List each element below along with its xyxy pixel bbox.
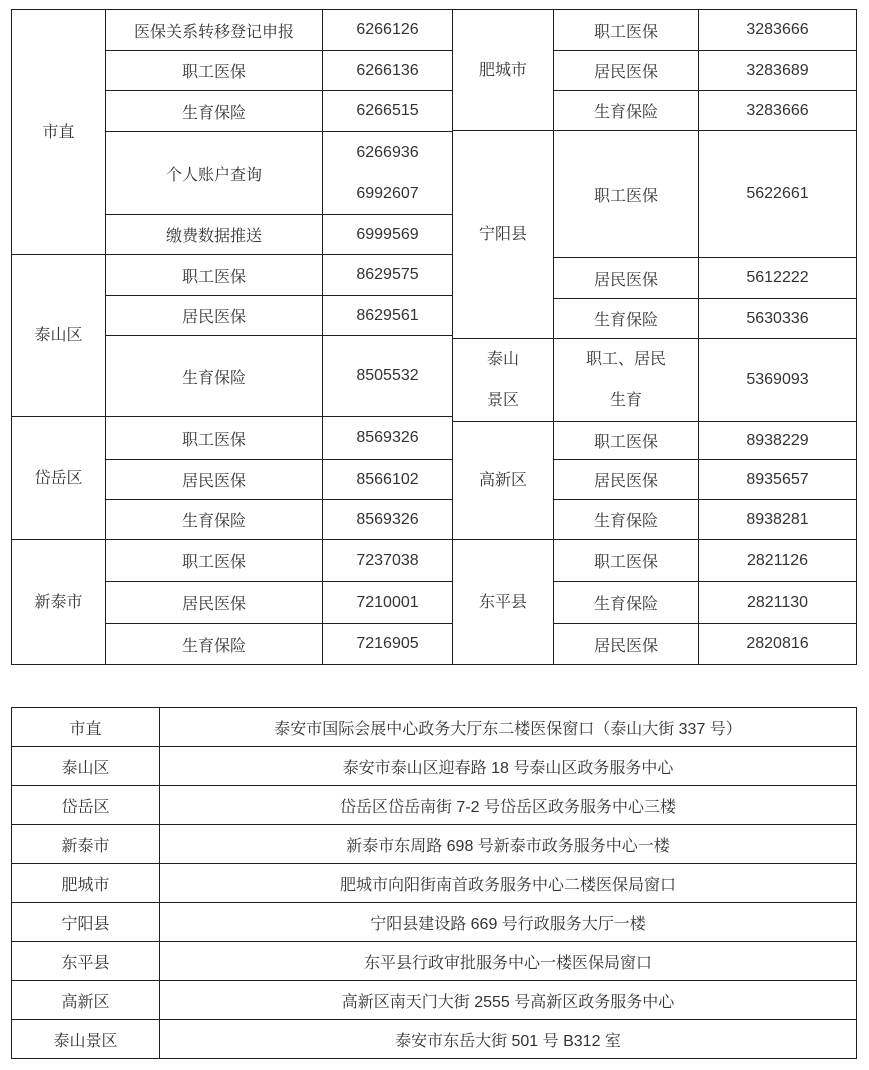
- region-cell: 新泰市: [12, 825, 160, 864]
- service-cell: 生育保险: [106, 336, 323, 417]
- service-cell: 职工医保: [554, 10, 699, 51]
- phone-cell: 6999569: [323, 215, 453, 255]
- service-cell: 生育保险: [554, 299, 699, 339]
- phone-cell: 6266126: [323, 10, 453, 51]
- phone-table-right: 肥城市 职工医保 3283666 居民医保 3283689 生育保险 32836…: [452, 9, 857, 665]
- service-cell: 居民医保: [106, 460, 323, 500]
- service-cell: 职工医保: [106, 255, 323, 296]
- service-cell: 居民医保: [106, 296, 323, 336]
- service-cell: 职工医保: [554, 422, 699, 460]
- phone-cell: 8938281: [699, 500, 857, 540]
- phone-cell: 8505532: [323, 336, 453, 417]
- addresses-table: 市直 泰安市国际会展中心政务大厅东二楼医保窗口（泰山大街 337 号） 泰山区 …: [11, 707, 857, 1059]
- region-cell: 东平县: [12, 942, 160, 981]
- service-cell: 职工医保: [106, 417, 323, 460]
- address-cell: 肥城市向阳街南首政务服务中心二楼医保局窗口: [160, 864, 857, 903]
- phone-cell: 7237038: [323, 540, 453, 582]
- region-cell: 高新区: [453, 422, 554, 540]
- region-cell: 高新区: [12, 981, 160, 1020]
- service-cell: 居民医保: [554, 624, 699, 665]
- service-cell: 职工医保: [106, 540, 323, 582]
- address-cell: 岱岳区岱岳南街 7-2 号岱岳区政务服务中心三楼: [160, 786, 857, 825]
- service-cell: 居民医保: [554, 51, 699, 91]
- region-cell: 新泰市: [12, 540, 106, 665]
- phone-cell: 8629561: [323, 296, 453, 336]
- region-cell: 肥城市: [12, 864, 160, 903]
- service-cell: 个人账户查询: [106, 132, 323, 215]
- phone-cell: 8569326: [323, 500, 453, 540]
- region-cell: 岱岳区: [12, 417, 106, 540]
- phone-cell: 5612222: [699, 258, 857, 299]
- phone-cell: 2821126: [699, 540, 857, 582]
- address-cell: 宁阳县建设路 669 号行政服务大厅一楼: [160, 903, 857, 942]
- region-cell: 泰山 景区: [453, 339, 554, 422]
- service-cell: 职工医保: [554, 131, 699, 258]
- address-table: 市直 泰安市国际会展中心政务大厅东二楼医保窗口（泰山大街 337 号） 泰山区 …: [11, 707, 857, 1059]
- phone-cell: 8629575: [323, 255, 453, 296]
- region-cell: 泰山景区: [12, 1020, 160, 1059]
- region-cell: 市直: [12, 708, 160, 747]
- phone-cell: 6266515: [323, 91, 453, 132]
- phone-cell: 7216905: [323, 624, 453, 665]
- phone-cell: 8569326: [323, 417, 453, 460]
- phone-cell: 5622661: [699, 131, 857, 258]
- phone-cell: 6266136: [323, 51, 453, 91]
- phone-cell: 2820816: [699, 624, 857, 665]
- region-cell: 岱岳区: [12, 786, 160, 825]
- service-cell: 生育保险: [106, 500, 323, 540]
- phone-table-left: 市直 医保关系转移登记申报 6266126 职工医保 6266136 生育保险 …: [11, 9, 453, 665]
- phone-cell: 3283666: [699, 10, 857, 51]
- service-cell: 居民医保: [554, 460, 699, 500]
- service-cell: 缴费数据推送: [106, 215, 323, 255]
- phone-cell: 5630336: [699, 299, 857, 339]
- service-cell: 居民医保: [554, 258, 699, 299]
- phone-numbers-table: 市直 医保关系转移登记申报 6266126 职工医保 6266136 生育保险 …: [11, 9, 857, 665]
- phone-cell: 3283666: [699, 91, 857, 131]
- region-cell: 肥城市: [453, 10, 554, 131]
- service-cell: 居民医保: [106, 582, 323, 624]
- region-cell: 宁阳县: [12, 903, 160, 942]
- address-cell: 高新区南天门大街 2555 号高新区政务服务中心: [160, 981, 857, 1020]
- phone-cell: 7210001: [323, 582, 453, 624]
- phone-cell: 8566102: [323, 460, 453, 500]
- phone-cell: 6266936 6992607: [323, 132, 453, 215]
- address-cell: 东平县行政审批服务中心一楼医保局窗口: [160, 942, 857, 981]
- address-cell: 泰安市东岳大街 501 号 B312 室: [160, 1020, 857, 1059]
- document-page: { "colors": { "background": "#ffffff", "…: [0, 0, 869, 1070]
- service-cell: 生育保险: [106, 624, 323, 665]
- phone-cell: 5369093: [699, 339, 857, 422]
- service-cell: 生育保险: [106, 91, 323, 132]
- address-cell: 新泰市东周路 698 号新泰市政务服务中心一楼: [160, 825, 857, 864]
- region-cell: 泰山区: [12, 747, 160, 786]
- region-cell: 市直: [12, 10, 106, 255]
- service-cell: 生育保险: [554, 582, 699, 624]
- region-cell: 泰山区: [12, 255, 106, 417]
- phone-cell: 2821130: [699, 582, 857, 624]
- service-cell: 生育保险: [554, 91, 699, 131]
- service-cell: 职工、居民 生育: [554, 339, 699, 422]
- service-cell: 职工医保: [554, 540, 699, 582]
- phone-cell: 8935657: [699, 460, 857, 500]
- service-cell: 职工医保: [106, 51, 323, 91]
- phone-cell: 8938229: [699, 422, 857, 460]
- phone-cell: 3283689: [699, 51, 857, 91]
- address-cell: 泰安市国际会展中心政务大厅东二楼医保窗口（泰山大街 337 号）: [160, 708, 857, 747]
- region-cell: 东平县: [453, 540, 554, 665]
- region-cell: 宁阳县: [453, 131, 554, 339]
- service-cell: 医保关系转移登记申报: [106, 10, 323, 51]
- address-cell: 泰安市泰山区迎春路 18 号泰山区政务服务中心: [160, 747, 857, 786]
- service-cell: 生育保险: [554, 500, 699, 540]
